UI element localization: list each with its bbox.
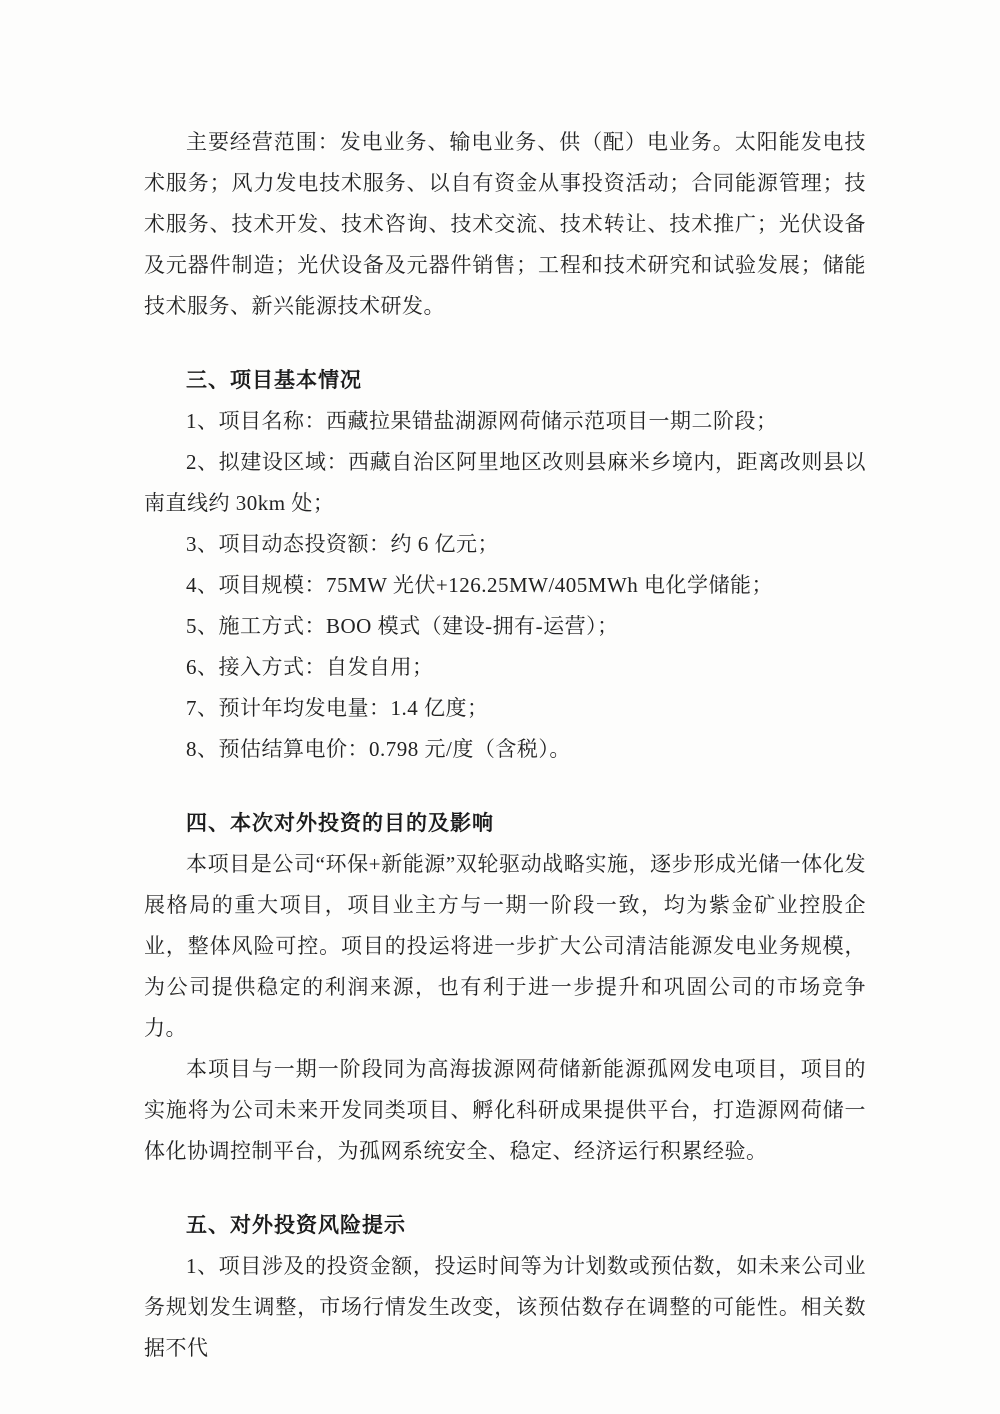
section-heading-project-basics: 三、项目基本情况	[144, 360, 866, 401]
list-item-location: 2、拟建设区域：西藏自治区阿里地区改则县麻米乡境内，距离改则县以南直线约 30k…	[144, 442, 866, 524]
document-content: 主要经营范围：发电业务、输电业务、供（配）电业务。太阳能发电技术服务；风力发电技…	[144, 122, 866, 1369]
section-heading-risk-notice: 五、对外投资风险提示	[144, 1205, 866, 1246]
section-risk-notice: 五、对外投资风险提示 1、项目涉及的投资金额，投运时间等为计划数或预估数，如未来…	[144, 1205, 866, 1369]
list-item-project-scale: 4、项目规模：75MW 光伏+126.25MW/405MWh 电化学储能；	[144, 565, 866, 606]
purpose-paragraph-2: 本项目与一期一阶段同为高海拔源网荷储新能源孤网发电项目，项目的实施将为公司未来开…	[144, 1049, 866, 1172]
list-item-access-mode: 6、接入方式：自发自用；	[144, 647, 866, 688]
list-item-settlement-price: 8、预估结算电价：0.798 元/度（含税）。	[144, 729, 866, 770]
list-item-annual-generation: 7、预计年均发电量：1.4 亿度；	[144, 688, 866, 729]
business-scope-paragraph: 主要经营范围：发电业务、输电业务、供（配）电业务。太阳能发电技术服务；风力发电技…	[144, 122, 866, 327]
purpose-paragraph-1: 本项目是公司“环保+新能源”双轮驱动战略实施，逐步形成光储一体化发展格局的重大项…	[144, 844, 866, 1049]
section-purpose-impact: 四、本次对外投资的目的及影响 本项目是公司“环保+新能源”双轮驱动战略实施，逐步…	[144, 803, 866, 1172]
section-heading-purpose-impact: 四、本次对外投资的目的及影响	[144, 803, 866, 844]
list-item-investment-amount: 3、项目动态投资额：约 6 亿元；	[144, 524, 866, 565]
section-project-basics: 三、项目基本情况 1、项目名称：西藏拉果错盐湖源网荷储示范项目一期二阶段； 2、…	[144, 360, 866, 770]
list-item-project-name: 1、项目名称：西藏拉果错盐湖源网荷储示范项目一期二阶段；	[144, 401, 866, 442]
list-item-construction-mode: 5、施工方式：BOO 模式（建设-拥有-运营）；	[144, 606, 866, 647]
document-page: 主要经营范围：发电业务、输电业务、供（配）电业务。太阳能发电技术服务；风力发电技…	[0, 0, 1000, 1414]
risk-paragraph-1: 1、项目涉及的投资金额，投运时间等为计划数或预估数，如未来公司业务规划发生调整，…	[144, 1246, 866, 1369]
